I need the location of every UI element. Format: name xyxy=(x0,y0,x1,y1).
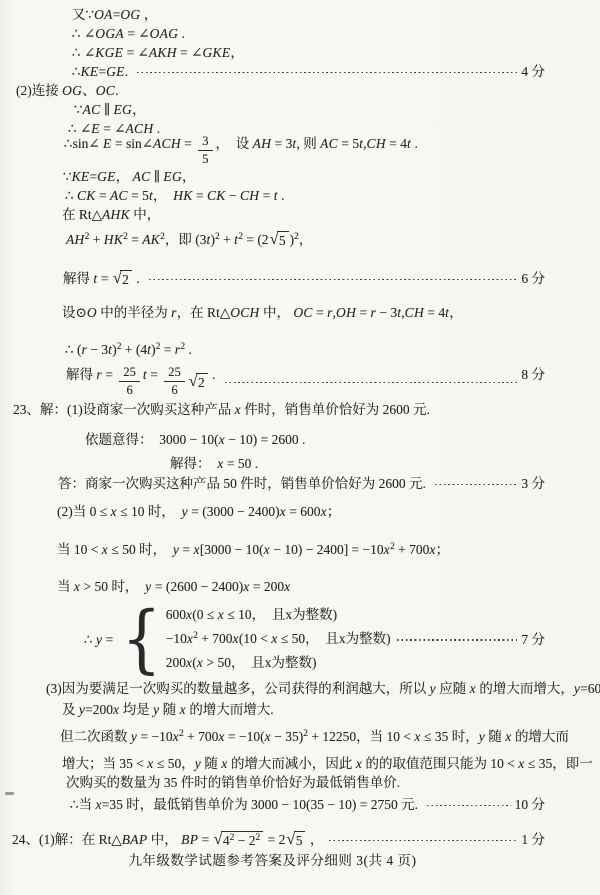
text-run: ∥ xyxy=(100,100,113,119)
superscript: 2 xyxy=(193,631,198,641)
fraction-denominator: 6 xyxy=(126,382,132,398)
text-run: = ∠ xyxy=(123,43,149,62)
text-run: 当 xyxy=(57,577,74,596)
fraction: 256 xyxy=(119,365,140,398)
math-variable: AC xyxy=(110,186,128,205)
math-variable: OC xyxy=(293,303,312,322)
document-line: ∴sin∠ E = sin∠ACH = 35， 设 AH = 3t, 则 AC … xyxy=(64,134,545,167)
text-run: ≤ 50 时， xyxy=(108,540,173,559)
math-variable: x xyxy=(284,577,290,596)
square-root: √2 xyxy=(189,373,208,390)
superscript: 2 xyxy=(156,342,161,352)
radicand: 42 − 22 xyxy=(221,831,263,848)
text-run: ，即 (3 xyxy=(165,230,207,249)
text-run: ≤ 35 时， xyxy=(421,727,479,746)
text-run: = xyxy=(160,340,174,359)
text-run: ∴ xyxy=(65,186,77,205)
score-label: 6 分 xyxy=(521,269,545,288)
text-run: 600 xyxy=(166,603,186,627)
text-run: = xyxy=(96,186,110,205)
text-run: 的的取值范围只能为 10 < xyxy=(362,754,518,773)
text-run: 的增大而增大. xyxy=(186,700,274,719)
document-body: 又∵OA=OG ，∴ ∠OGA = ∠OAG .∴ ∠KGE = ∠AKH = … xyxy=(0,5,545,849)
text-run: 增大；当 35 < xyxy=(62,754,147,773)
text-run: = (2600 − 2400) xyxy=(151,577,243,596)
text-run: = xyxy=(179,540,193,559)
dotted-leader xyxy=(397,639,518,641)
text-run: 5 xyxy=(279,233,286,248)
text-run: = xyxy=(356,303,370,322)
radicand: 2 xyxy=(196,373,208,390)
text-run: ， xyxy=(153,186,173,205)
text-run: (2)当 0 ≤ xyxy=(57,502,111,521)
superscript: 2 xyxy=(85,232,90,242)
text-run: (0 ≤ xyxy=(192,603,217,627)
superscript: 2 xyxy=(117,342,122,352)
text-run: = 200 xyxy=(249,577,284,596)
text-run: 、 xyxy=(82,81,96,100)
document-line: 依题意得： 3000 − 10(x − 10) = 2600 . xyxy=(85,430,545,449)
document-line: AH2 + HK2 = AK2，即 (3t)2 + t2 = (2√5)2， xyxy=(66,230,545,249)
text-run: ， xyxy=(132,100,146,119)
text-run: 中， xyxy=(130,205,160,224)
text-run: − 10) = 2600 . xyxy=(225,430,305,449)
math-variable: OC xyxy=(96,81,115,100)
text-run: + xyxy=(220,230,234,249)
text-run: ∵ xyxy=(63,167,72,186)
radicand: 5 xyxy=(277,231,289,248)
case-row: −10x2 + 700x(10 < x ≤ 50， 且x为整数) xyxy=(166,627,391,651)
score-label: 7 分 xyxy=(521,630,545,649)
text-run: ， 设 xyxy=(216,134,253,153)
text-run: . xyxy=(133,269,143,288)
radicand: 5 xyxy=(294,831,306,848)
math-variable: AC xyxy=(133,167,151,186)
document-line: 设⊙O 中的半径为 r，在 Rt△OCH 中， OC = r,OH = r − … xyxy=(62,303,545,322)
score-label: 4 分 xyxy=(521,62,545,81)
text-run: 2 xyxy=(198,375,205,390)
document-line: 23、解：(1)设商家一次购买这种产品 x 件时，销售单价恰好为 2600 元. xyxy=(13,400,545,419)
square-root: √2 xyxy=(113,270,132,287)
text-run: ∵ xyxy=(74,100,83,119)
dotted-leader xyxy=(435,484,517,486)
text-run: ∴ xyxy=(72,62,81,81)
math-variable: CH xyxy=(367,134,386,153)
text-run: = xyxy=(193,186,207,205)
square-root: √5 xyxy=(286,831,305,848)
document-line: ∴ CK = AC = 5t， HK = CK − CH = t . xyxy=(65,186,545,205)
text-run: =200 xyxy=(85,700,113,719)
math-variable: OG xyxy=(62,81,82,100)
text-run: ， xyxy=(182,167,196,186)
text-run: = (2 xyxy=(243,230,269,249)
text-run: 中， xyxy=(147,830,181,849)
text-run: + (4 xyxy=(121,340,147,359)
document-line: 及 y=200x 均是 y 随 x 的增大而增大. xyxy=(62,700,545,719)
text-run: . xyxy=(278,186,285,205)
math-variable: GKE xyxy=(202,43,230,62)
math-variable: OH xyxy=(336,303,356,322)
piecewise-line: ∴ y = {600x(0 ≤ x ≤ 10， 且x为整数)−10x2 + 70… xyxy=(84,603,545,675)
text-run: 次购买的数量为 35 件时的销售单价恰好为最低销售单价. xyxy=(66,773,400,792)
fraction: 256 xyxy=(164,365,185,398)
text-run: ∥ xyxy=(150,167,163,186)
document-line: ∴ ∠OGA = ∠OAG . xyxy=(72,24,545,43)
text-run: = xyxy=(98,62,106,81)
text-run: + xyxy=(89,230,103,249)
math-variable: GE xyxy=(106,62,125,81)
text-run: − 3 xyxy=(87,340,108,359)
fraction-numerator: 25 xyxy=(164,365,185,382)
document-line: ∴ ∠KGE = ∠AKH = ∠GKE， xyxy=(72,43,545,62)
text-run: (3)因为要满足一次购买的数量越多，公司获得的利润越大，所以 xyxy=(46,679,430,698)
text-run: (10 < xyxy=(239,627,271,651)
text-run: = sin∠ xyxy=(112,134,153,153)
text-run: 5 xyxy=(296,833,303,848)
superscript: 2 xyxy=(238,232,243,242)
text-run: 24、(1)解：在 Rt△ xyxy=(12,830,122,849)
text-run: ∴ ( xyxy=(65,340,81,359)
text-run: − 2 xyxy=(234,833,255,848)
math-variable: OA xyxy=(94,5,113,24)
text-run: = 600 xyxy=(286,502,321,521)
text-run: ∴ ∠ xyxy=(72,43,95,62)
document-line: ∴当 x=35 时，最低销售单价为 3000 − 10(35 − 10) = 2… xyxy=(70,795,545,814)
text-run: . xyxy=(125,62,132,81)
superscript: 2 xyxy=(294,232,299,242)
text-run: 答：商家一次购买这种产品 50 件时，销售单价恰好为 2600 元. xyxy=(58,474,429,493)
text-run: = 50 . xyxy=(224,454,259,473)
text-run: ≤ 50， xyxy=(154,754,195,773)
superscript: 2 xyxy=(123,232,128,242)
text-run: = 4 xyxy=(386,134,407,153)
text-run: 又∵ xyxy=(72,5,94,24)
math-variable: AHK xyxy=(102,205,130,224)
text-run: = ∠ xyxy=(177,43,203,62)
text-run: 随 xyxy=(159,700,179,719)
brace-symbol: { xyxy=(121,606,161,672)
piecewise-rows: 600x(0 ≤ x ≤ 10， 且x为整数)−10x2 + 700x(10 <… xyxy=(166,603,391,675)
text-run: > 50， 且x为整数) xyxy=(203,651,316,675)
math-variable: AC xyxy=(83,100,101,119)
square-root: √42 − 22 xyxy=(214,831,264,848)
text-run: ≤ 35，即一 xyxy=(525,754,593,773)
document-line: (2)当 0 ≤ x ≤ 10 时， y = (3000 − 2400)x = … xyxy=(57,502,545,521)
superscript: 2 xyxy=(256,833,261,843)
score-label: 8 分 xyxy=(521,365,545,384)
text-run: 2 xyxy=(122,272,129,287)
math-variable: HK xyxy=(173,186,192,205)
math-variable: EG xyxy=(113,100,132,119)
document-line: 在 Rt△AHK 中， xyxy=(62,205,545,224)
text-run: ， xyxy=(449,303,463,322)
math-variable: AC xyxy=(320,134,338,153)
math-variable: AH xyxy=(66,230,85,249)
math-variable: E xyxy=(103,134,112,153)
text-run: = xyxy=(198,830,212,849)
math-variable: AH xyxy=(253,134,272,153)
document-line: 但二次函数 y = −10x2 + 700x = −10(x − 35)2 + … xyxy=(60,727,545,746)
text-run: 4 xyxy=(223,833,230,848)
math-variable: AK xyxy=(142,230,160,249)
superscript: 2 xyxy=(179,729,184,739)
text-run: . xyxy=(209,365,219,384)
math-variable: CK xyxy=(207,186,226,205)
superscript: 2 xyxy=(303,729,308,739)
document-line: 次购买的数量为 35 件时的销售单价恰好为最低销售单价. xyxy=(66,773,545,792)
piecewise-lhs: ∴ y = xyxy=(84,630,117,649)
dotted-leader xyxy=(225,382,517,384)
document-line: 当 10 < x ≤ 50 时， y = x[3000 − 10(x − 10)… xyxy=(57,540,545,559)
superscript: 2 xyxy=(390,542,395,552)
document-line: 答：商家一次购买这种产品 50 件时，销售单价恰好为 2600 元. 3 分 xyxy=(58,474,545,493)
text-run: + 700 xyxy=(184,727,219,746)
page-footer: 九年级数学试题参考答案及评分细则 3(共 4 页) xyxy=(0,851,545,870)
fraction-denominator: 5 xyxy=(202,151,208,167)
text-run: 200 xyxy=(166,651,186,675)
dotted-leader xyxy=(427,805,510,807)
case-row: 600x(0 ≤ x ≤ 10， 且x为整数) xyxy=(166,603,391,627)
scan-artifact xyxy=(5,792,14,795)
text-run: =35 时，最低销售单价为 3000 − 10(35 − 10) = 2750 … xyxy=(102,795,422,814)
text-run: ， xyxy=(140,5,157,24)
math-variable: OGA xyxy=(95,24,124,43)
text-run: + 700 xyxy=(198,627,233,651)
math-variable: OAG xyxy=(150,24,179,43)
math-variable: OCH xyxy=(230,303,259,322)
text-run: ； xyxy=(327,502,341,521)
text-run: = xyxy=(102,365,116,384)
superscript: 2 xyxy=(230,833,235,843)
math-variable: GE xyxy=(97,167,116,186)
document-line: 24、(1)解：在 Rt△BAP 中， BP = √42 − 22 = 2√5 … xyxy=(12,830,545,849)
text-run: 的增大而减小，因此 xyxy=(228,754,356,773)
text-run: = 4 xyxy=(424,303,445,322)
text-run: ， xyxy=(306,830,323,849)
text-run: = xyxy=(181,134,195,153)
superscript: 2 xyxy=(180,342,185,352)
score-label: 10 分 xyxy=(515,795,545,814)
math-variable: CH xyxy=(240,186,259,205)
dotted-leader xyxy=(149,279,517,281)
math-variable: BAP xyxy=(122,830,148,849)
text-run: − 35) xyxy=(271,727,303,746)
text-run: = xyxy=(259,186,273,205)
text-run: = xyxy=(128,230,142,249)
square-root: √5 xyxy=(270,231,289,248)
text-run: 中， xyxy=(260,303,294,322)
text-run: 解得： xyxy=(170,454,217,473)
text-run: . xyxy=(411,134,418,153)
text-run: = (3000 − 2400) xyxy=(188,502,280,521)
text-run: ，在 Rt△ xyxy=(177,303,231,322)
text-run: ≤ 10 时， xyxy=(117,502,182,521)
answer-sheet-page: 又∵OA=OG ，∴ ∠OGA = ∠OAG .∴ ∠KGE = ∠AKH = … xyxy=(0,0,600,895)
document-line: 解得： x = 50 . xyxy=(170,454,545,473)
text-run: 的增大而增大， xyxy=(476,679,574,698)
text-run: 23、解：(1)设商家一次购买这种产品 xyxy=(13,400,235,419)
text-run: ∴sin∠ xyxy=(64,134,103,153)
text-run: 件时，销售单价恰好为 2600 元. xyxy=(241,400,430,419)
dotted-leader xyxy=(329,840,517,842)
text-run: ， xyxy=(299,230,313,249)
document-line: 解得 t = √2 . 6 分 xyxy=(63,269,545,288)
text-run: ≤ 50， 且x为整数) xyxy=(277,627,390,651)
math-variable: CK xyxy=(77,186,96,205)
text-run: − xyxy=(226,186,240,205)
text-run: − 3 xyxy=(376,303,397,322)
text-run: = −10 xyxy=(137,727,172,746)
text-run: 均是 xyxy=(119,700,153,719)
text-run: 应随 xyxy=(436,679,470,698)
text-run: 当 10 < xyxy=(57,540,102,559)
document-line: ∵KE=GE， AC ∥ EG， xyxy=(63,167,545,186)
document-line: (2)连接 OG、OC. xyxy=(16,81,545,100)
math-variable: OG xyxy=(120,5,140,24)
text-run: 解得 xyxy=(66,365,96,384)
text-run: + 12250，当 10 < xyxy=(308,727,414,746)
math-variable: KGE xyxy=(95,43,123,62)
text-run: 随 xyxy=(201,754,221,773)
document-line: 当 x > 50 时， y = (2600 − 2400)x = 200x xyxy=(57,577,545,596)
text-run: (2)连接 xyxy=(16,81,62,100)
text-run: = 5 xyxy=(128,186,149,205)
math-variable: HK xyxy=(104,230,123,249)
fraction-numerator: 25 xyxy=(119,365,140,382)
text-run: = xyxy=(313,303,327,322)
text-run: ， xyxy=(116,167,133,186)
text-run: 但二次函数 xyxy=(60,727,131,746)
document-line: ∴ (r − 3t)2 + (4t)2 = r2 . xyxy=(65,340,545,359)
text-run: ； xyxy=(436,540,450,559)
text-run: ≤ 10， 且x为整数) xyxy=(224,603,337,627)
radicand: 2 xyxy=(120,270,132,287)
text-run: ∴当 xyxy=(70,795,95,814)
text-run: = xyxy=(89,167,97,186)
text-run: =600 xyxy=(580,679,600,698)
document-line: ∵AC ∥ EG， xyxy=(74,100,545,119)
document-line: ∴KE=GE. 4 分 xyxy=(72,62,545,81)
text-run: = ∠ xyxy=(124,24,150,43)
document-line: 增大；当 35 < x ≤ 50，y 随 x 的增大而减小，因此 x 的的取值范… xyxy=(62,754,545,773)
text-run: 的增大而 xyxy=(512,727,569,746)
math-variable: KE xyxy=(72,167,90,186)
text-run: 随 xyxy=(485,727,505,746)
text-run: = 3 xyxy=(271,134,292,153)
dotted-leader xyxy=(137,72,517,74)
document-line: 又∵OA=OG ， xyxy=(72,5,545,24)
text-run: [3000 − 10( xyxy=(200,540,264,559)
text-run: , 则 xyxy=(296,134,320,153)
fraction-numerator: 3 xyxy=(198,134,212,151)
text-run: = xyxy=(147,365,161,384)
text-run: 依题意得： 3000 − 10( xyxy=(85,430,219,449)
text-run: 设⊙ xyxy=(62,303,87,322)
math-variable: EG xyxy=(163,167,182,186)
math-variable: CH xyxy=(405,303,424,322)
text-run: . xyxy=(115,81,118,100)
text-run: ∴ xyxy=(84,630,96,649)
case-row: 200x(x > 50， 且x为整数) xyxy=(166,651,391,675)
score-label: 3 分 xyxy=(521,474,545,493)
score-label: 1 分 xyxy=(521,830,545,849)
text-run: 在 Rt△ xyxy=(62,205,102,224)
text-run: = 5 xyxy=(338,134,359,153)
text-run: = −10( xyxy=(225,727,265,746)
fraction: 35 xyxy=(198,134,212,167)
text-run: 解得 xyxy=(63,269,93,288)
math-variable: KE xyxy=(81,62,99,81)
math-variable: BP xyxy=(181,830,198,849)
text-run: = xyxy=(102,630,116,649)
math-variable: O xyxy=(87,303,97,322)
text-run: = 2 xyxy=(264,830,285,849)
math-variable: ACH xyxy=(153,134,181,153)
text-run: = xyxy=(97,269,111,288)
document-line: 解得 r = 256t = 256√2 . 8 分 xyxy=(66,365,545,398)
text-run: + 700 xyxy=(395,540,430,559)
text-run: . xyxy=(185,340,192,359)
fraction-denominator: 6 xyxy=(171,382,177,398)
text-run: > 50 时， xyxy=(80,577,145,596)
text-run: . xyxy=(178,24,185,43)
math-variable: AKH xyxy=(149,43,177,62)
text-run: ∴ ∠ xyxy=(72,24,95,43)
text-run: − 10) − 2400] = −10 xyxy=(270,540,384,559)
text-run: ， xyxy=(230,43,244,62)
superscript: 2 xyxy=(215,232,220,242)
text-run: −10 xyxy=(166,627,187,651)
text-run: 及 xyxy=(62,700,79,719)
text-run: 中的半径为 xyxy=(97,303,171,322)
superscript: 2 xyxy=(160,232,165,242)
